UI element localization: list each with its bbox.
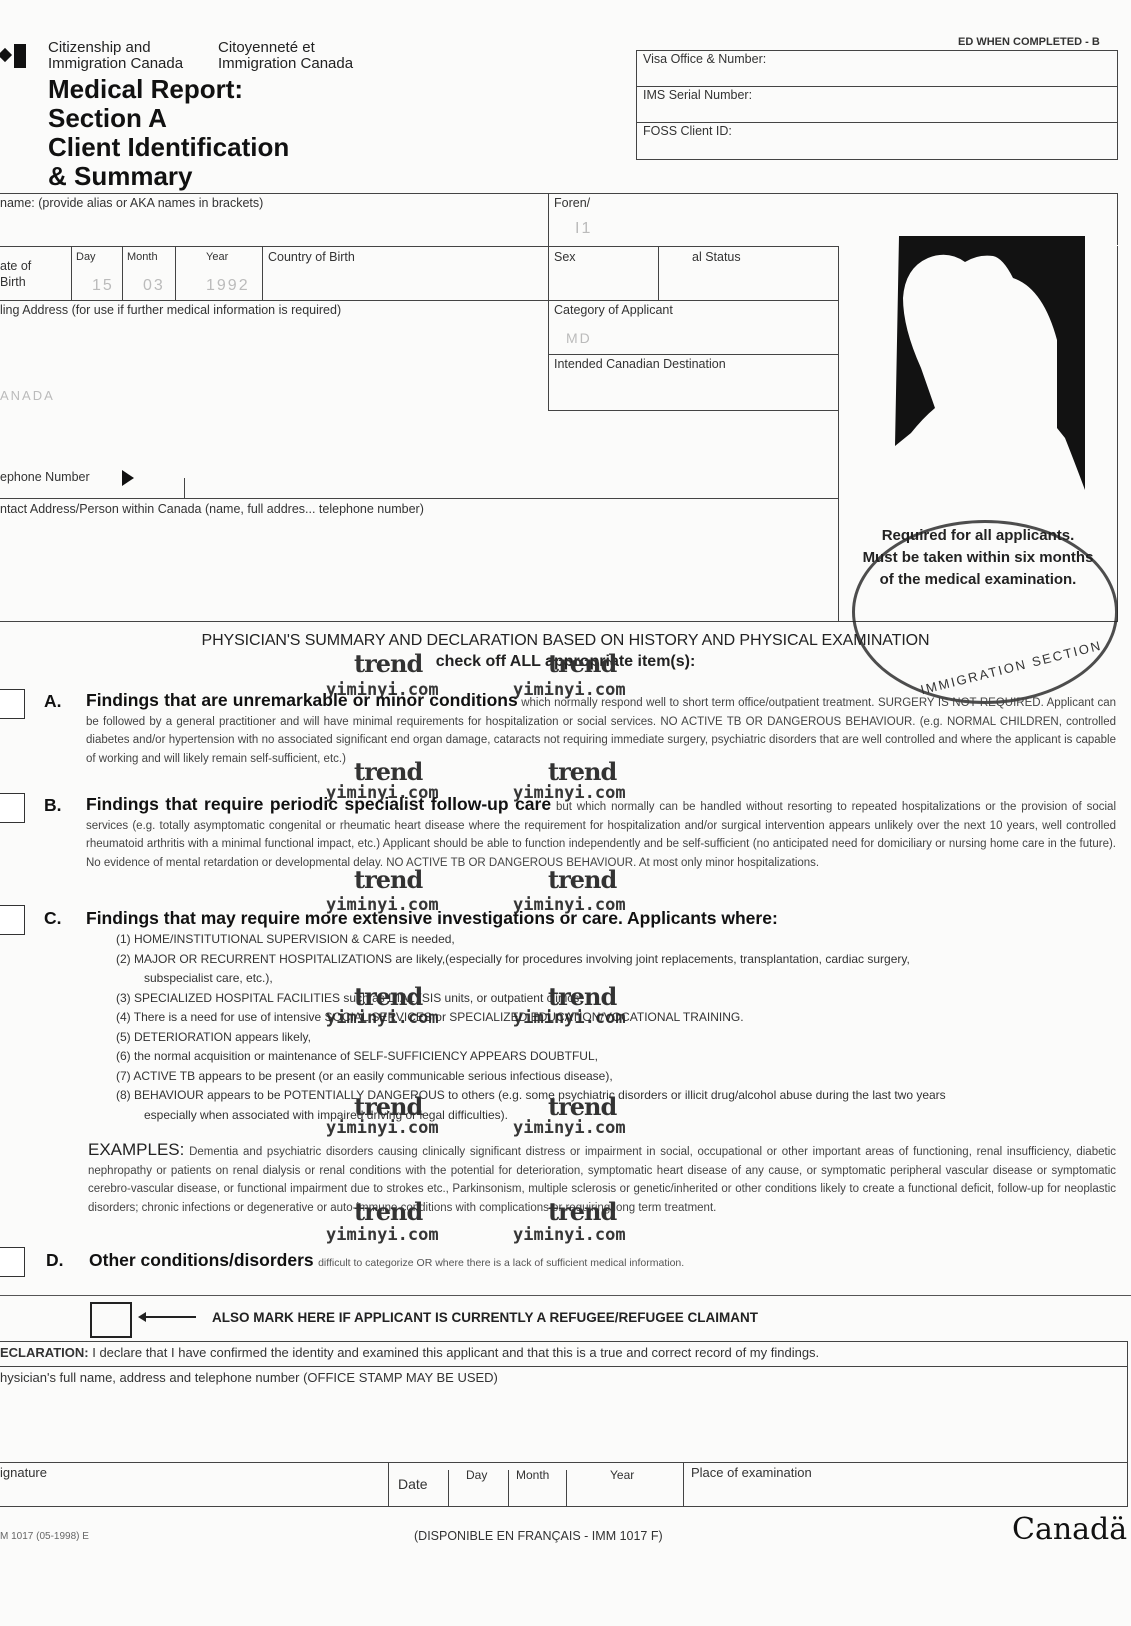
- arrow-left-icon: [140, 1316, 196, 1318]
- item-c-list-5: (5) DETERIORATION appears likely,: [116, 1028, 1116, 1048]
- item-d: Other conditions/disorders difficult to …: [89, 1250, 1119, 1271]
- watermark-site: yiminyi.com: [326, 895, 439, 915]
- watermark-site: yiminyi.com: [326, 1008, 439, 1028]
- date-year-field[interactable]: Year: [610, 1468, 634, 1482]
- flag-logo: [0, 44, 28, 68]
- office-box: [636, 50, 1118, 160]
- watermark-site: yiminyi.com: [513, 1225, 626, 1245]
- applicant-photo: [893, 228, 1091, 496]
- form-title: Medical Report: Section A Client Identif…: [48, 75, 289, 191]
- dob-day-label: Day: [76, 251, 96, 263]
- item-b-letter: B.: [44, 795, 62, 816]
- foss-client-field[interactable]: FOSS Client ID:: [643, 124, 732, 138]
- watermark-brand: trend: [354, 982, 422, 1011]
- agency-name-fr: Citoyenneté et Immigration Canada: [218, 40, 353, 72]
- declaration-label: ECLARATION:: [0, 1345, 89, 1360]
- watermark-site: yiminyi.com: [513, 1008, 626, 1028]
- item-c-letter: C.: [44, 908, 62, 929]
- item-b: Findings that require periodic specialis…: [86, 795, 1116, 872]
- country-of-birth-field[interactable]: Country of Birth: [268, 250, 355, 264]
- mailing-address-value: ANADA: [0, 388, 55, 403]
- item-c-list-7: (7) ACTIVE TB appears to be present (or …: [116, 1067, 1116, 1087]
- mailing-address-field[interactable]: ling Address (for use if further medical…: [0, 303, 341, 317]
- form-number: M 1017 (05-1998) E: [0, 1531, 89, 1542]
- watermark-brand: trend: [354, 1092, 422, 1121]
- title-line1: Medical Report:: [48, 75, 289, 104]
- item-c-list-2: (2) MAJOR OR RECURRENT HOSPITALIZATIONS …: [116, 950, 1116, 970]
- marital-status-field[interactable]: al Status: [692, 250, 741, 264]
- date-label: Date: [398, 1476, 428, 1492]
- checkbox-a[interactable]: [0, 689, 25, 719]
- title-line4: & Summary: [48, 162, 289, 191]
- physician-details-field[interactable]: hysician's full name, address and teleph…: [0, 1370, 498, 1385]
- watermark-brand: trend: [548, 1197, 616, 1226]
- canada-wordmark: Canadä: [1012, 1512, 1127, 1547]
- date-day-field[interactable]: Day: [466, 1468, 487, 1482]
- surname-field[interactable]: name: (provide alias or AKA names in bra…: [0, 196, 263, 210]
- agency-en-line1: Citizenship and: [48, 40, 183, 56]
- dob-year-value[interactable]: 1992: [206, 277, 250, 295]
- completed-note: ED WHEN COMPLETED - B: [958, 36, 1100, 48]
- item-a-title: Findings that are unremarkable or minor …: [86, 690, 518, 710]
- summary-heading: PHYSICIAN'S SUMMARY AND DECLARATION BASE…: [0, 632, 1131, 650]
- item-d-title: Other conditions/disorders: [89, 1250, 314, 1270]
- watermark-brand: trend: [548, 757, 616, 786]
- dob-month-value[interactable]: 03: [143, 277, 165, 295]
- contact-field[interactable]: ntact Address/Person within Canada (name…: [0, 502, 424, 516]
- watermark-site: yiminyi.com: [326, 1225, 439, 1245]
- forename-value: I1: [575, 220, 592, 238]
- title-line2: Section A: [48, 104, 289, 133]
- checkbox-b[interactable]: [0, 793, 25, 823]
- dob-day-value[interactable]: 15: [92, 277, 114, 295]
- agency-en-line2: Immigration Canada: [48, 56, 183, 72]
- arrow-right-icon: [122, 470, 134, 486]
- watermark-brand: trend: [354, 757, 422, 786]
- category-value: MD: [566, 330, 592, 346]
- destination-field[interactable]: Intended Canadian Destination: [554, 357, 726, 371]
- agency-name-en: Citizenship and Immigration Canada: [48, 40, 183, 72]
- watermark-brand: trend: [354, 865, 422, 894]
- dob-year-label: Year: [206, 251, 228, 263]
- item-b-title: Findings that require periodic specialis…: [86, 794, 551, 814]
- watermark-site: yiminyi.com: [326, 783, 439, 803]
- declaration: ECLARATION: I declare that I have confir…: [0, 1345, 819, 1360]
- watermark-site: yiminyi.com: [326, 680, 439, 700]
- place-of-examination-field[interactable]: Place of examination: [691, 1465, 812, 1480]
- watermark-brand: trend: [548, 649, 616, 678]
- category-field[interactable]: Category of Applicant: [554, 303, 673, 317]
- watermark-brand: trend: [548, 982, 616, 1011]
- telephone-field[interactable]: ephone Number: [0, 470, 90, 484]
- dob-month-label: Month: [127, 251, 158, 263]
- agency-fr-line1: Citoyenneté et: [218, 40, 353, 56]
- refugee-note: ALSO MARK HERE IF APPLICANT IS CURRENTLY…: [212, 1310, 758, 1325]
- refugee-checkbox[interactable]: [90, 1302, 132, 1338]
- item-d-letter: D.: [46, 1250, 64, 1271]
- french-availability: (DISPONIBLE EN FRANÇAIS - IMM 1017 F): [414, 1529, 663, 1543]
- watermark-site: yiminyi.com: [513, 1118, 626, 1138]
- dob-label: ate of Birth: [0, 258, 50, 290]
- watermark-site: yiminyi.com: [513, 680, 626, 700]
- watermark-brand: trend: [354, 1197, 422, 1226]
- watermark-site: yiminyi.com: [513, 783, 626, 803]
- item-d-text: difficult to categorize OR where there i…: [318, 1257, 684, 1269]
- watermark-brand: trend: [354, 649, 422, 678]
- item-a-letter: A.: [44, 691, 62, 712]
- forename-field[interactable]: Foren/: [554, 196, 590, 210]
- ims-serial-field[interactable]: IMS Serial Number:: [643, 88, 752, 102]
- signature-field[interactable]: ignature: [0, 1465, 47, 1480]
- examples-label: EXAMPLES:: [88, 1140, 184, 1159]
- visa-office-field[interactable]: Visa Office & Number:: [643, 52, 766, 66]
- item-c-list-1: (1) HOME/INSTITUTIONAL SUPERVISION & CAR…: [116, 930, 1116, 950]
- title-line3: Client Identification: [48, 133, 289, 162]
- watermark-site: yiminyi.com: [513, 895, 626, 915]
- checkbox-c[interactable]: [0, 905, 25, 935]
- watermark-brand: trend: [548, 865, 616, 894]
- item-c-list-6: (6) the normal acquisition or maintenanc…: [116, 1047, 1116, 1067]
- declaration-text: I declare that I have confirmed the iden…: [92, 1345, 819, 1360]
- checkbox-d[interactable]: [0, 1247, 25, 1277]
- watermark-site: yiminyi.com: [326, 1118, 439, 1138]
- date-month-field[interactable]: Month: [516, 1468, 549, 1482]
- sex-field[interactable]: Sex: [554, 250, 576, 264]
- watermark-brand: trend: [548, 1092, 616, 1121]
- agency-fr-line2: Immigration Canada: [218, 56, 353, 72]
